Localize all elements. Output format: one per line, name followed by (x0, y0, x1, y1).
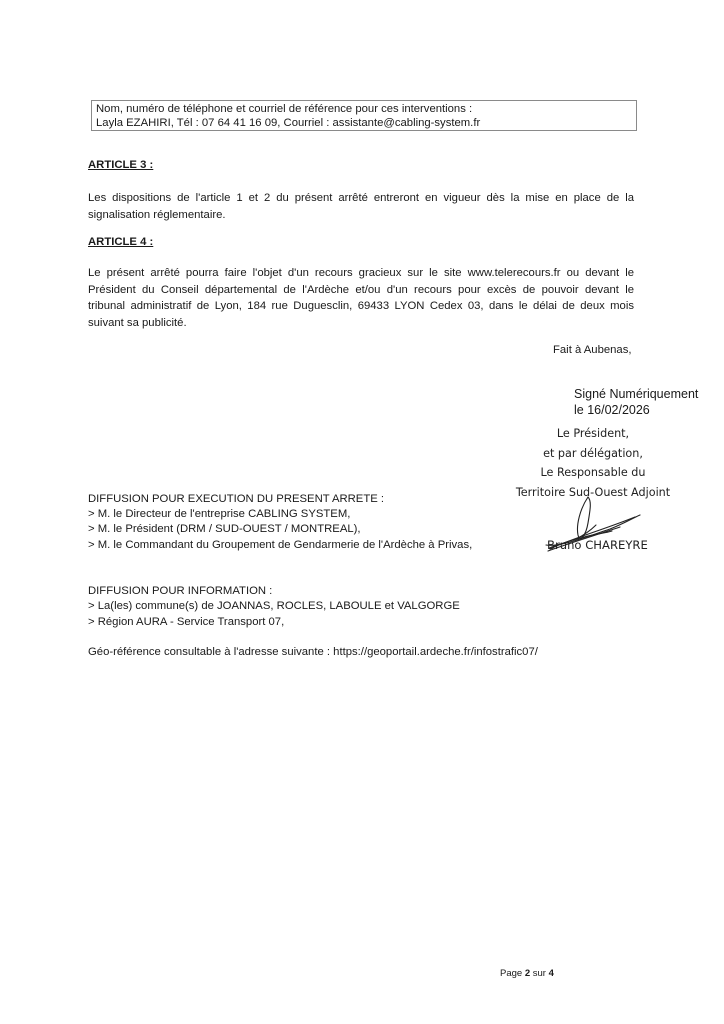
article-4-line: Le présent arrêté pourra faire l'objet d… (88, 265, 634, 282)
signature-title-line: Le Responsable du (500, 463, 686, 483)
page-number: Page 2 sur 4 (500, 968, 554, 979)
diffusion-information-heading: DIFFUSION POUR INFORMATION : (88, 584, 272, 599)
article-3-heading: ARTICLE 3 : (88, 159, 153, 171)
contact-details: Layla EZAHIRI, Tél : 07 64 41 16 09, Cou… (96, 116, 480, 130)
signature-title-line: Le Président, (500, 424, 686, 444)
page-prefix: Page (500, 968, 525, 979)
page-mid: sur (530, 968, 548, 979)
signature-block: Le Président, et par délégation, Le Resp… (500, 424, 686, 502)
signed-digitally-label: Signé Numériquement (574, 386, 698, 403)
signature-title-line: et par délégation, (500, 444, 686, 464)
signed-date: le 16/02/2026 (574, 402, 650, 419)
contact-label: Nom, numéro de téléphone et courriel de … (96, 102, 472, 116)
signatory-name: Bruno CHAREYRE (547, 538, 648, 552)
page-total: 4 (549, 968, 554, 979)
diffusion-information-item: > La(les) commune(s) de JOANNAS, ROCLES,… (88, 599, 460, 614)
article-4-line: tribunal administratif de Lyon, 184 rue … (88, 298, 634, 315)
article-3-line: signalisation réglementaire. (88, 207, 634, 224)
article-3-line: Les dispositions de l'article 1 et 2 du … (88, 190, 634, 207)
diffusion-execution-item: > M. le Directeur de l'entreprise CABLIN… (88, 507, 350, 522)
article-3-text: Les dispositions de l'article 1 et 2 du … (88, 190, 634, 223)
place-of-signature: Fait à Aubenas, (553, 343, 632, 358)
article-4-line: Président du Conseil départemental de l'… (88, 282, 634, 299)
diffusion-execution-heading: DIFFUSION POUR EXECUTION DU PRESENT ARRE… (88, 492, 384, 507)
diffusion-execution-item: > M. le Commandant du Groupement de Gend… (88, 538, 472, 553)
article-4-heading: ARTICLE 4 : (88, 236, 153, 248)
article-4-line: suivant sa publicité. (88, 315, 634, 332)
contact-box: Nom, numéro de téléphone et courriel de … (91, 100, 637, 131)
diffusion-execution-item: > M. le Président (DRM / SUD-OUEST / MON… (88, 522, 361, 537)
georeference-text: Géo-référence consultable à l'adresse su… (88, 645, 538, 660)
diffusion-information-item: > Région AURA - Service Transport 07, (88, 615, 284, 630)
article-4-text: Le présent arrêté pourra faire l'objet d… (88, 265, 634, 331)
